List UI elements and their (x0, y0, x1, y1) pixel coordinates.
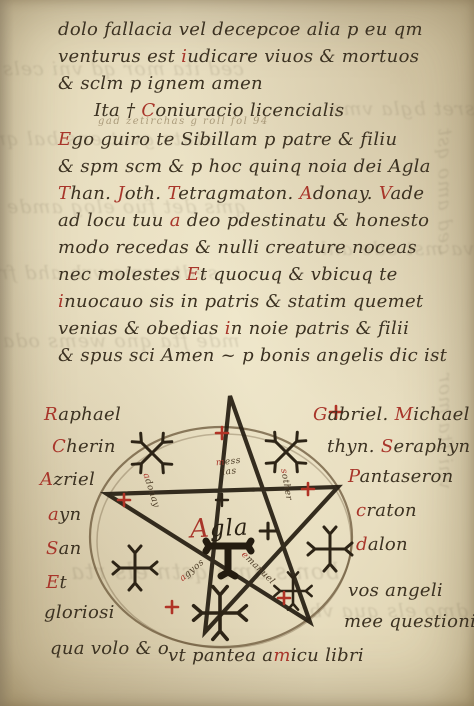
arm-label-top: mess ias (210, 455, 248, 479)
text-segment: t (59, 572, 67, 593)
text-segment: icu libri (291, 645, 364, 666)
angel-name-right-2: Pantaseron (348, 466, 454, 487)
text-segment: alon (368, 534, 408, 555)
angel-name-left-3: ayn (48, 504, 81, 525)
text-segment: yn (59, 504, 81, 525)
angel-name-right-6: mee questioni (344, 611, 474, 632)
agla-label: Agla (189, 511, 249, 544)
agla-rest: gla (209, 514, 249, 542)
text-segment: herin (66, 436, 116, 457)
text-segment: G (313, 404, 328, 425)
text-segment: S (381, 436, 394, 457)
text-segment: thyn. (327, 436, 381, 457)
text-segment: P (348, 466, 360, 487)
text-segment: qua volo & o (50, 638, 169, 659)
red-cross-bottom-left-icon (166, 601, 178, 613)
text-segment: an (59, 538, 82, 559)
red-cross-right-icon (302, 483, 314, 495)
text-segment: a (48, 504, 59, 525)
text-segment: d (356, 534, 368, 555)
angel-name-right-0: Gabriel. Michael (313, 404, 470, 425)
cross-right-icon (308, 527, 352, 571)
text-segment: ichael (413, 404, 469, 425)
text-segment: mee questioni (344, 611, 474, 632)
text-segment: antaseron (360, 466, 454, 487)
text-segment: c (356, 500, 366, 521)
cross-upper-left-icon (121, 422, 183, 484)
footer-line: vt pantea amicu libri (168, 645, 364, 666)
agla-initial: A (189, 514, 210, 545)
text-segment: abriel. (328, 404, 395, 425)
text-segment: gloriosi (44, 602, 115, 623)
angel-name-right-3: craton (356, 500, 417, 521)
text-segment: eraphyn (393, 436, 470, 457)
text-segment: R (44, 404, 58, 425)
text-segment: A (40, 469, 53, 490)
text-segment: zriel (53, 469, 95, 490)
text-segment: S (46, 538, 59, 559)
angel-name-left-6: gloriosi (44, 602, 115, 623)
text-segment: m (273, 645, 290, 666)
angel-name-left-7: qua volo & o (50, 638, 169, 659)
text-segment: E (46, 572, 59, 593)
angel-name-right-4: dalon (356, 534, 408, 555)
text-segment: aphael (58, 404, 121, 425)
cross-left-icon (113, 546, 157, 590)
angel-name-left-1: Cherin (52, 436, 116, 457)
text-segment: M (395, 404, 414, 425)
text-segment: C (52, 436, 66, 457)
text-segment: vt pantea a (168, 645, 273, 666)
angel-name-left-4: San (46, 538, 82, 559)
angel-name-left-2: Azriel (40, 469, 95, 490)
angel-name-left-0: Raphael (44, 404, 121, 425)
manuscript-page: ced ita mor qd vni celsstats gvat ens ba… (0, 0, 474, 706)
angel-name-left-5: Et (46, 572, 67, 593)
text-segment: vos angeli (348, 580, 443, 601)
text-segment: raton (366, 500, 417, 521)
angel-name-right-5: vos angeli (348, 580, 443, 601)
small-cross-right-of-agla-icon (260, 523, 276, 539)
angel-name-right-1: thyn. Seraphyn (327, 436, 470, 457)
